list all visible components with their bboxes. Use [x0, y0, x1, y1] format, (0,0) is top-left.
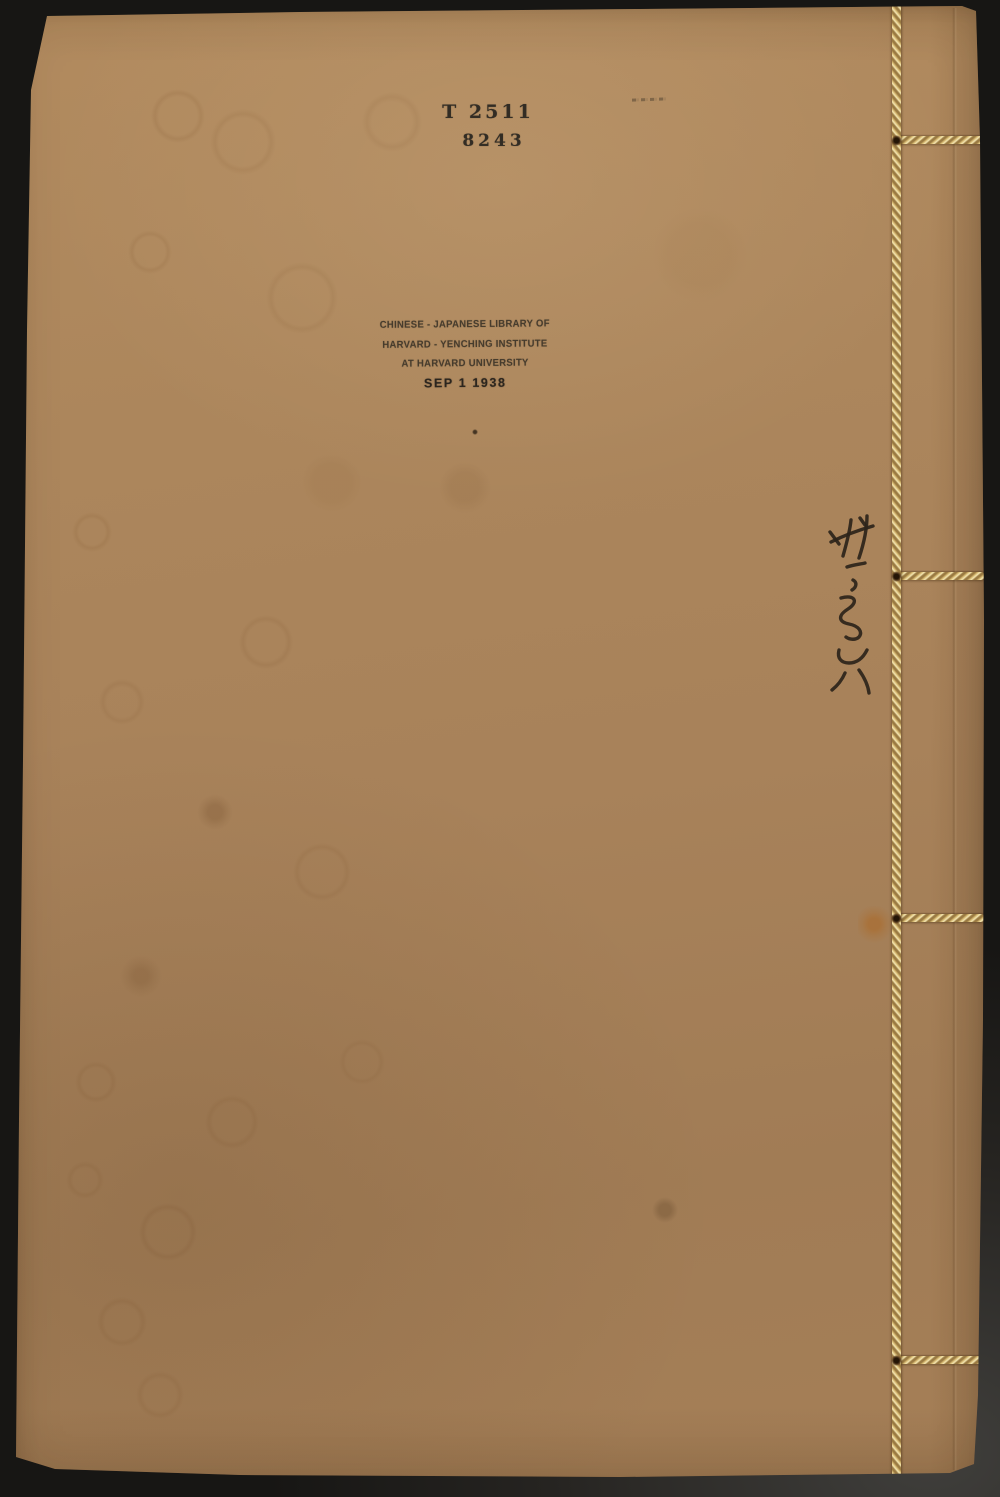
- library-stamp-date: SEP 1 1938: [352, 375, 578, 391]
- binding-stitch-1: [896, 136, 985, 144]
- binding-stitch-2: [896, 572, 985, 580]
- handwritten-volume-label: [815, 510, 887, 705]
- cover-crease: [952, 8, 957, 1470]
- library-stamp: CHINESE - JAPANESE LIBRARY OF HARVARD - …: [352, 314, 579, 390]
- book-cover-photo: T 2511 8243 CHINESE - JAPANESE LIBRARY O…: [0, 0, 1000, 1497]
- binding-stitch-4: [896, 1356, 985, 1364]
- book-cover: T 2511 8243 CHINESE - JAPANESE LIBRARY O…: [0, 0, 1000, 1497]
- binding-hole-4: [891, 1355, 902, 1366]
- binding-stitch-3: [896, 914, 985, 922]
- call-number-line2: 8243: [378, 131, 598, 151]
- call-number-line1: T 2511: [378, 101, 598, 123]
- binding-hole-3: [891, 913, 902, 924]
- library-stamp-line3: AT HARVARD UNIVERSITY: [352, 353, 578, 375]
- library-stamp-line1: CHINESE - JAPANESE LIBRARY OF: [352, 314, 578, 336]
- binding-hole-2: [891, 571, 902, 582]
- binding-thread-vertical: [892, 0, 901, 1497]
- binding-hole-1: [891, 135, 902, 146]
- call-number-stamp: T 2511 8243: [378, 101, 598, 151]
- cover-shading: [0, 0, 1000, 1497]
- binding-rust-stain: [858, 906, 894, 946]
